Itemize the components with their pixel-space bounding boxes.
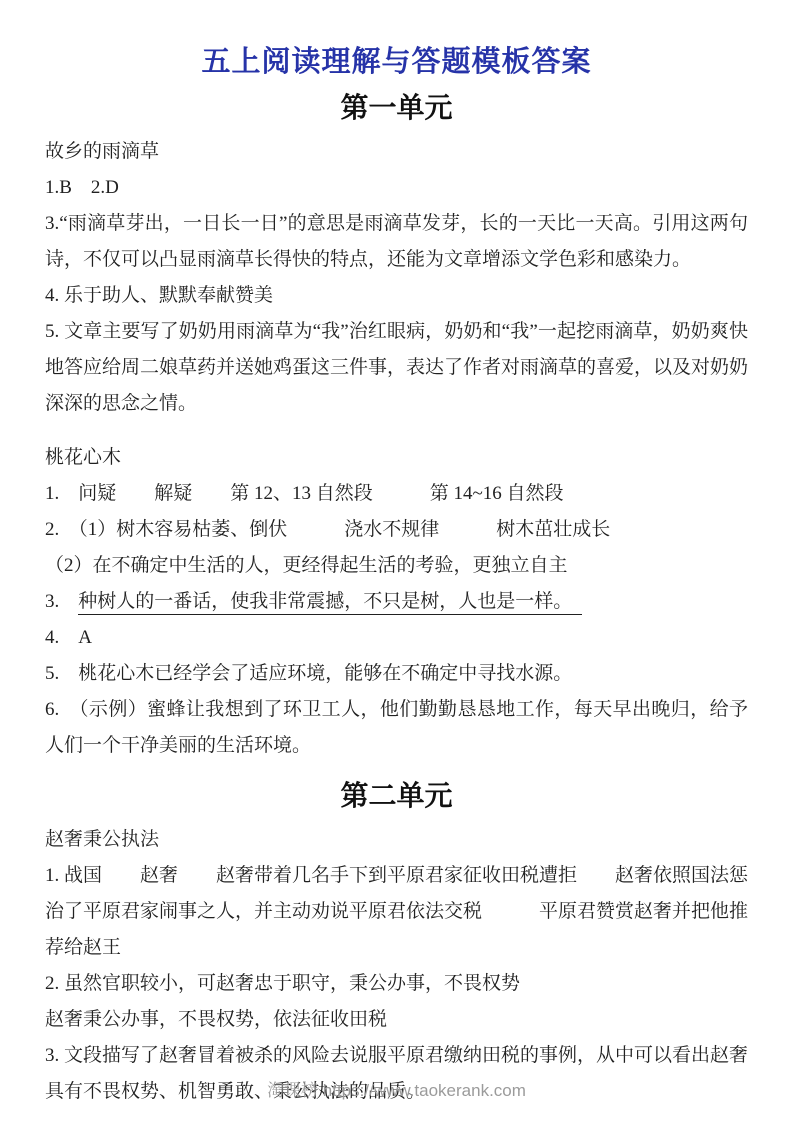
unit-1-heading: 第一单元 xyxy=(0,90,793,128)
answer-taohuaxinmu-5: 5. 桃花心木已经学会了适应环境，能够在不确定中寻找水源。 xyxy=(45,656,748,692)
answer-zhaoshe-1: 1. 战国 赵奢 赵奢带着几名手下到平原君家征收田税遭拒 赵奢依照国法惩治了平原… xyxy=(45,858,748,966)
passage-title-taohuaxinmu: 桃花心木 xyxy=(45,440,748,476)
answer-yudicao-5: 5. 文章主要写了奶奶用雨滴草为“我”治红眼病，奶奶和“我”一起挖雨滴草，奶奶爽… xyxy=(45,314,748,422)
answer-taohuaxinmu-3: 3. 种树人的一番话，使我非常震撼，不只是树，人也是一样。 xyxy=(45,584,748,620)
answer-zhaoshe-2-2: 赵奢秉公办事，不畏权势，依法征收田税 xyxy=(45,1002,748,1038)
document-page: 五上阅读理解与答题模板答案 第一单元 故乡的雨滴草 1.B 2.D 3.“雨滴草… xyxy=(0,0,793,1122)
answer-yudicao-1-2: 1.B 2.D xyxy=(45,170,748,206)
document-body: 故乡的雨滴草 1.B 2.D 3.“雨滴草芽出，一日长一日”的意思是雨滴草发芽，… xyxy=(0,134,793,1110)
answer-taohuaxinmu-1: 1. 问疑 解疑 第 12、13 自然段 第 14~16 自然段 xyxy=(45,476,748,512)
answer-taohuaxinmu-4: 4. A xyxy=(45,620,748,656)
answer-taohuaxinmu-2-1: 2. （1）树木容易枯萎、倒伏 浇水不规律 树木茁壮成长 xyxy=(45,512,748,548)
answer-taohuaxinmu-2-2: （2）在不确定中生活的人，更经得起生活的考验，更独立自主 xyxy=(45,548,748,584)
blank-line xyxy=(45,422,748,440)
answer-yudicao-3: 3.“雨滴草芽出，一日长一日”的意思是雨滴草发芽，长的一天比一天高。引用这两句诗… xyxy=(45,206,748,278)
passage-title-zhaoshe: 赵奢秉公执法 xyxy=(45,822,748,858)
passage-title-yudicao: 故乡的雨滴草 xyxy=(45,134,748,170)
document-title: 五上阅读理解与答题模板答案 xyxy=(0,42,793,82)
answer-yudicao-4: 4. 乐于助人、默默奉献赞美 xyxy=(45,278,748,314)
underlined-answer-text: 种树人的一番话，使我非常震撼，不只是树，人也是一样。 xyxy=(78,591,582,615)
answer-taohuaxinmu-6: 6. （示例）蜜蜂让我想到了环卫工人，他们勤勤恳恳地工作，每天早出晚归，给予人们… xyxy=(45,692,748,764)
answer-zhaoshe-2-1: 2. 虽然官职较小，可赵奢忠于职守，秉公办事，不畏权势 xyxy=(45,966,748,1002)
answer-number-prefix: 3. xyxy=(45,591,78,612)
unit-2-heading: 第二单元 xyxy=(45,778,748,816)
footer-watermark: 淘课榜 https://www.taokerank.com xyxy=(0,1080,793,1102)
footer-link[interactable]: 淘课榜 https://www.taokerank.com xyxy=(267,1081,526,1100)
